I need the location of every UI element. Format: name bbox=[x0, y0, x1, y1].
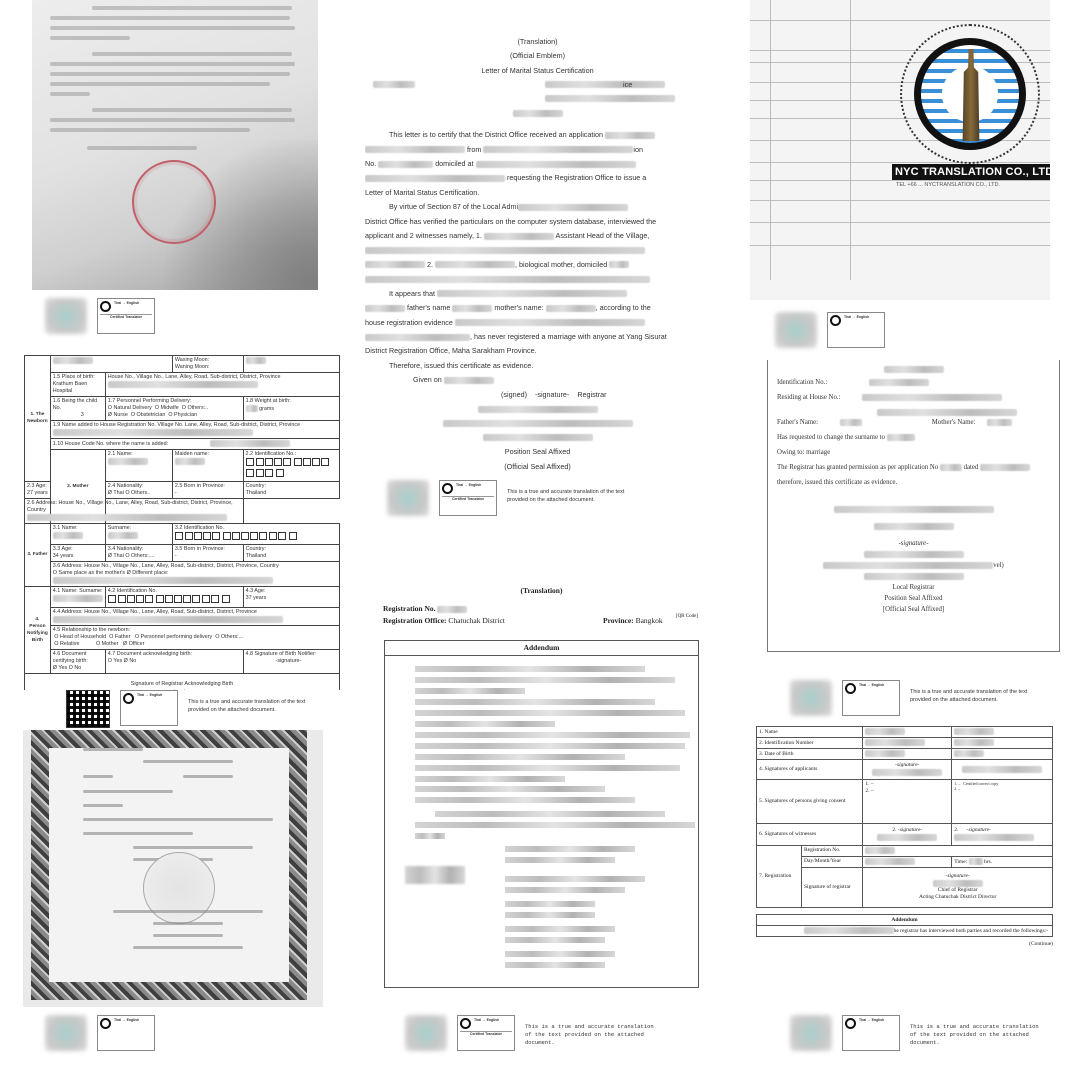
translator-certification: Thai → English Certified Translator This… bbox=[387, 480, 637, 516]
translator-certification: Thai → English bbox=[45, 1015, 155, 1051]
qr-code-blurred bbox=[775, 312, 817, 348]
translator-badge: Thai → English bbox=[827, 312, 885, 348]
certification-note: This is a true and accurate translation … bbox=[910, 680, 1040, 704]
translator-certification: Thai → English bbox=[775, 312, 885, 348]
red-seal-stamp bbox=[132, 160, 216, 244]
qr-code-blurred bbox=[790, 680, 832, 716]
translator-certification: Thai → English Certified Translator This… bbox=[405, 1015, 655, 1051]
qr-code-blurred bbox=[405, 1015, 447, 1051]
translator-badge: Thai → English bbox=[97, 1015, 155, 1051]
translator-logo-icon bbox=[460, 1018, 471, 1029]
qr-code-blurred bbox=[45, 298, 87, 334]
id-boxes bbox=[175, 536, 298, 542]
translator-logo-icon bbox=[442, 483, 453, 494]
translator-badge: Thai → English bbox=[842, 680, 900, 716]
qr-code-blurred bbox=[387, 480, 429, 516]
text-line bbox=[50, 82, 270, 86]
text-line bbox=[92, 108, 292, 112]
certification-note: This is a true and accurate translation … bbox=[507, 480, 637, 504]
certification-note: This is a true and accurate translation … bbox=[525, 1015, 655, 1047]
text-line bbox=[92, 6, 292, 10]
text-line bbox=[50, 92, 90, 96]
translator-logo-icon bbox=[123, 693, 134, 704]
translator-logo-icon bbox=[830, 315, 841, 326]
translator-logo-icon bbox=[845, 683, 856, 694]
thai-form-photo: NYC TRANSLATION CO., LTD. TEL +66 ... NY… bbox=[750, 0, 1050, 300]
emblem-label: (Official Emblem) bbox=[365, 49, 710, 63]
translator-certification: Thai → English This is a true and accura… bbox=[790, 680, 1040, 716]
translator-badge: Thai → English bbox=[120, 690, 178, 726]
birth-certificate-table: 1. The Newborn Waxing Moon:Waning Moon: … bbox=[24, 355, 340, 690]
translator-certification: Thai → English Certified Translator bbox=[45, 298, 155, 334]
text-line bbox=[92, 52, 292, 56]
registrar-signature-block: Signature of Registrar Acknowledging Bir… bbox=[24, 674, 340, 690]
thai-certificate-photo bbox=[23, 730, 323, 1007]
id-boxes bbox=[246, 462, 330, 479]
addendum-box: Addendum he registrar has interviewed bo… bbox=[756, 914, 1053, 937]
certification-note: This is a true and accurate translation … bbox=[188, 690, 318, 714]
translator-logo-icon bbox=[100, 1018, 111, 1029]
official-seal bbox=[143, 852, 215, 924]
translator-badge: Thai → English Certified Translator bbox=[97, 298, 155, 334]
qr-code-blurred bbox=[790, 1015, 832, 1051]
addendum-box: Addendum bbox=[384, 640, 699, 988]
thai-letter-photo bbox=[32, 0, 318, 290]
translation-header: (Translation) bbox=[365, 35, 710, 49]
nyc-translation-logo-icon bbox=[914, 38, 1026, 150]
translator-certification: Thai → English This is a true and accura… bbox=[790, 1015, 1040, 1051]
text-line bbox=[50, 72, 290, 76]
text-line bbox=[50, 16, 290, 20]
text-line bbox=[50, 118, 295, 122]
qr-code bbox=[66, 690, 110, 728]
translator-badge: Thai → English Certified Translator bbox=[439, 480, 497, 516]
translator-badge: Thai → English Certified Translator bbox=[457, 1015, 515, 1051]
company-name: NYC TRANSLATION CO., LTD. bbox=[892, 164, 1050, 180]
translator-certification: Thai → English This is a true and accura… bbox=[66, 690, 318, 728]
translator-logo-icon bbox=[100, 301, 111, 312]
text-line bbox=[50, 36, 130, 40]
marriage-registration-table: 1. Name 2. Identification Number 3. Date… bbox=[756, 726, 1053, 996]
text-line bbox=[50, 128, 250, 132]
registration-addendum: (Translation) Registration No. [QR Code]… bbox=[383, 585, 700, 990]
statue-of-liberty-icon bbox=[959, 49, 983, 141]
surname-change-certificate: Identification No.: Residing at House No… bbox=[767, 360, 1060, 652]
text-line bbox=[50, 26, 295, 30]
document-title: Letter of Marital Status Certification bbox=[365, 64, 710, 78]
id-boxes bbox=[108, 599, 231, 605]
company-contact: TEL +66 ... NYCTRANSLATION CO., LTD. bbox=[896, 182, 1000, 188]
translator-logo-icon bbox=[845, 1018, 856, 1029]
text-line bbox=[50, 62, 295, 66]
certification-note: This is a true and accurate translation … bbox=[910, 1015, 1040, 1047]
translator-badge: Thai → English bbox=[842, 1015, 900, 1051]
qr-code-blurred bbox=[45, 1015, 87, 1051]
